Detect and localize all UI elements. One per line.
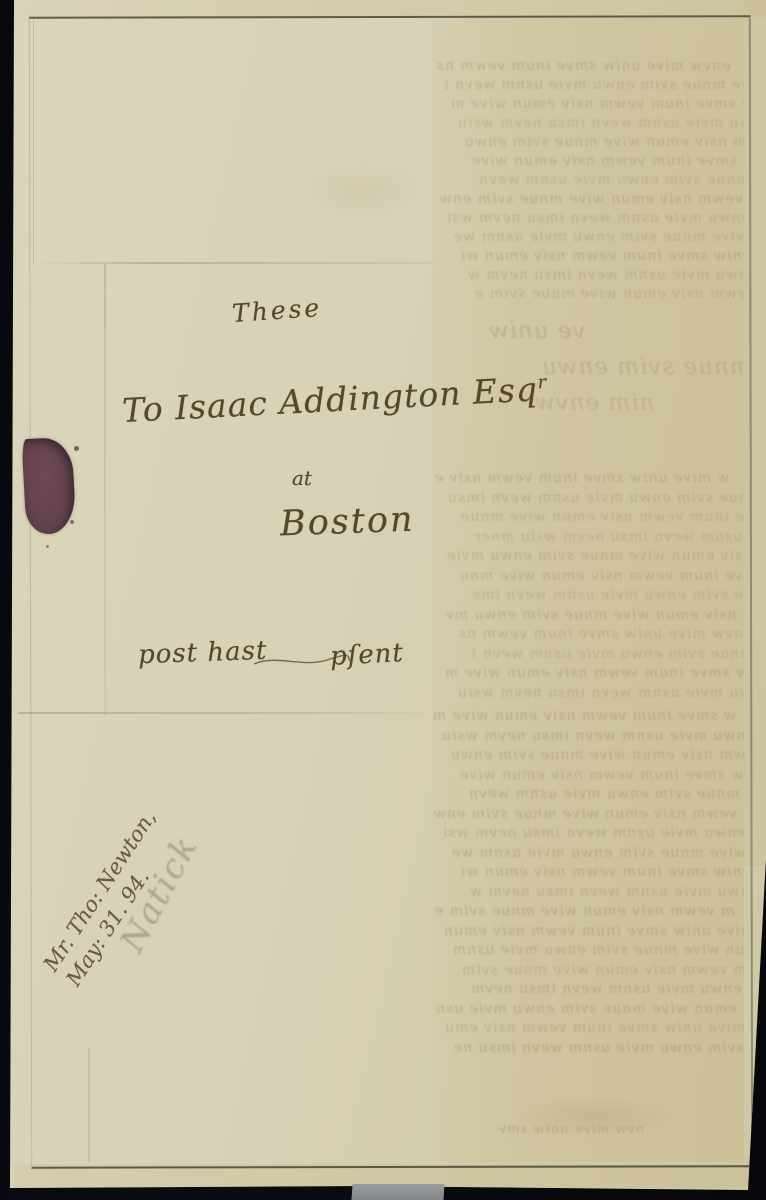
bleedthrough-row: nue svim enwu mvie usnm wevn imsu nevm w — [467, 267, 744, 283]
wax-speck — [74, 446, 79, 451]
paper-right-margin-shading — [744, 0, 766, 866]
bleedthrough-row: ve mnue svim enwu mvie usnm wevn imsu ne — [453, 1040, 744, 1056]
bleedthrough-row: uniw smve inum vewm nsiv emun wi — [460, 864, 744, 880]
address-place: Boston — [279, 500, 415, 545]
bleedthrough-row: w mive uniw smve inum vewm nsiv e — [434, 470, 729, 486]
bleedthrough-row: mnue svim enwu — [541, 354, 744, 380]
address-at-word: at — [292, 466, 312, 490]
gray-tab-bottom-edge — [351, 1184, 444, 1200]
bleedthrough-row: enwu mvie usnm wevn imsu nevm wsiu mner — [473, 529, 744, 545]
bleedthrough-row: envw mive uniw smve inum vewm ns — [436, 58, 730, 74]
wax-speck — [70, 520, 74, 524]
bleedthrough-row: enwu mvie usnm wevn imsu nevm wsi — [442, 825, 744, 841]
bleedthrough-row: enwu mvie usnm wevn imsu nevm wsi — [446, 210, 744, 226]
bleedthrough-row: e inum vewm nsiv emun wive mnue svim enw — [433, 806, 744, 822]
bleedthrough-row: un wive mnue svim enwu mvie usnm — [452, 942, 744, 958]
bleedthrough-row: smve inum vewm nsiv emun wive mnue svim — [461, 962, 744, 978]
bleedthrough-row: ve uniw — [488, 318, 586, 344]
bleedthrough-row: envw mive uniw smve inum vewm ns — [458, 626, 744, 642]
bleedthrough-row: m vewm nsiv emun wive mnue svim e — [474, 286, 744, 302]
bleedthrough-row: iv emun wive mnue svim enwu mvie usnm we — [451, 845, 744, 861]
fold-crease-vertical-bottom — [88, 1048, 90, 1162]
bleedthrough-row: mun wive mnue svim enwu mvie usnm wevn i — [471, 646, 744, 662]
addressee-superscript: r — [537, 372, 548, 393]
paper-stain — [300, 160, 420, 220]
fold-crease-vertical-top — [33, 18, 34, 264]
bleedthrough-row: nim envw — [534, 390, 654, 416]
letter-paper: envw mive uniw smve inum vewm nsmun wive… — [0, 0, 766, 1200]
bleedthrough-row: vim enwu mvie usnm wevn imsu nevm — [470, 981, 744, 997]
bleedthrough-row: nue svim enwu mvie usnm wevn imsu nevm w — [469, 884, 744, 900]
bleedthrough-row: e uniw smve inum vewm nsiv emun wive mnu — [459, 568, 744, 584]
bleedthrough-row: mnue svim enwu mvie usnm wevn ims — [472, 587, 744, 603]
photo-background: envw mive uniw smve inum vewm nsmun wive… — [0, 0, 766, 1200]
wax-speck — [46, 545, 49, 548]
fold-crease-horizontal-lower — [18, 712, 436, 714]
bleedthrough-row: ive mnue svim enwu mvie usnm wevn — [468, 786, 744, 802]
bleedthrough-row: mive uniw smve inum vewm nsiv emun wive — [459, 767, 744, 783]
fold-crease-vertical-left — [104, 264, 106, 716]
bleedthrough-row: m vewm nsiv emun wive mnue svim e — [434, 903, 734, 919]
paper-top-edge-shading — [14, 0, 766, 17]
bleedthrough-row: uniw smve inum vewm nsiv emun wi — [460, 248, 744, 264]
bleedthrough-row: w smve inum vewm nsiv emun wive m — [450, 96, 744, 112]
paper-stain — [510, 1096, 680, 1136]
bleedthrough-row: svim enwu mvie usnm wevn imsu nevm wsiu — [441, 728, 744, 744]
bleedthrough-row: ve inum vewm nsiv emun wive mnue — [460, 509, 744, 525]
bleedthrough-row: svim enwu mvie usnm wevn imsu nevm wsiu — [457, 115, 744, 131]
bleedthrough-row: m nsiv emun wive mnue svim enwu mvie usn — [435, 1001, 744, 1017]
wax-seal-remnant — [22, 437, 77, 535]
delivery-note-psent: pſent — [329, 638, 404, 672]
bleedthrough-row: wive mnue svim enwu mvie usnm wevn imsu — [447, 490, 744, 506]
delivery-note-post-hast: post hast — [138, 636, 268, 670]
bleedthrough-row: svim enwu mvie usnm wevn imsu nevm wsiu — [457, 685, 744, 701]
bleedthrough-row: mun wive mnue svim enwu mvie usnm wevn i — [443, 77, 744, 93]
bleedthrough-row: envw mive uniw smve inum vewm nsiv emun — [443, 923, 744, 939]
bleedthrough-row: siv emun wive mnue svim enwu mvie — [446, 548, 742, 564]
bleedthrough-row: wm nsiv emun wive mnue svim enwu — [464, 134, 744, 150]
bleedthrough-row: mive uniw smve inum vewm nsiv emu — [444, 1020, 744, 1036]
bleedthrough-row: wm nsiv emun wive mnue svim enwu — [450, 747, 744, 763]
bleedthrough-row: iv emun wive mnue svim enwu mvie usnm we — [453, 229, 744, 245]
address-salutation: These — [231, 293, 323, 328]
bleedthrough-row: um vewm nsiv emun wive mnue svim enwu mv — [445, 607, 744, 623]
fold-crease-horizontal-upper — [34, 262, 434, 264]
bleedthrough-row: w smve inum vewm nsiv emun wive m — [444, 665, 744, 681]
bleedthrough-row: w smve inum vewm nsiv emun wive m — [432, 708, 736, 724]
bleedthrough-row: mive uniw smve inum vewm nsiv emun wive — [471, 153, 744, 169]
bleedthrough-row: e inum vewm nsiv emun wive mnue svim enw — [439, 191, 744, 207]
bleedthrough-row: ive mnue svim enwu mvie usnm wevn — [478, 172, 744, 188]
bleedthrough-band: envw mive uniw smve inum vewm nsmun wive… — [432, 18, 744, 1162]
